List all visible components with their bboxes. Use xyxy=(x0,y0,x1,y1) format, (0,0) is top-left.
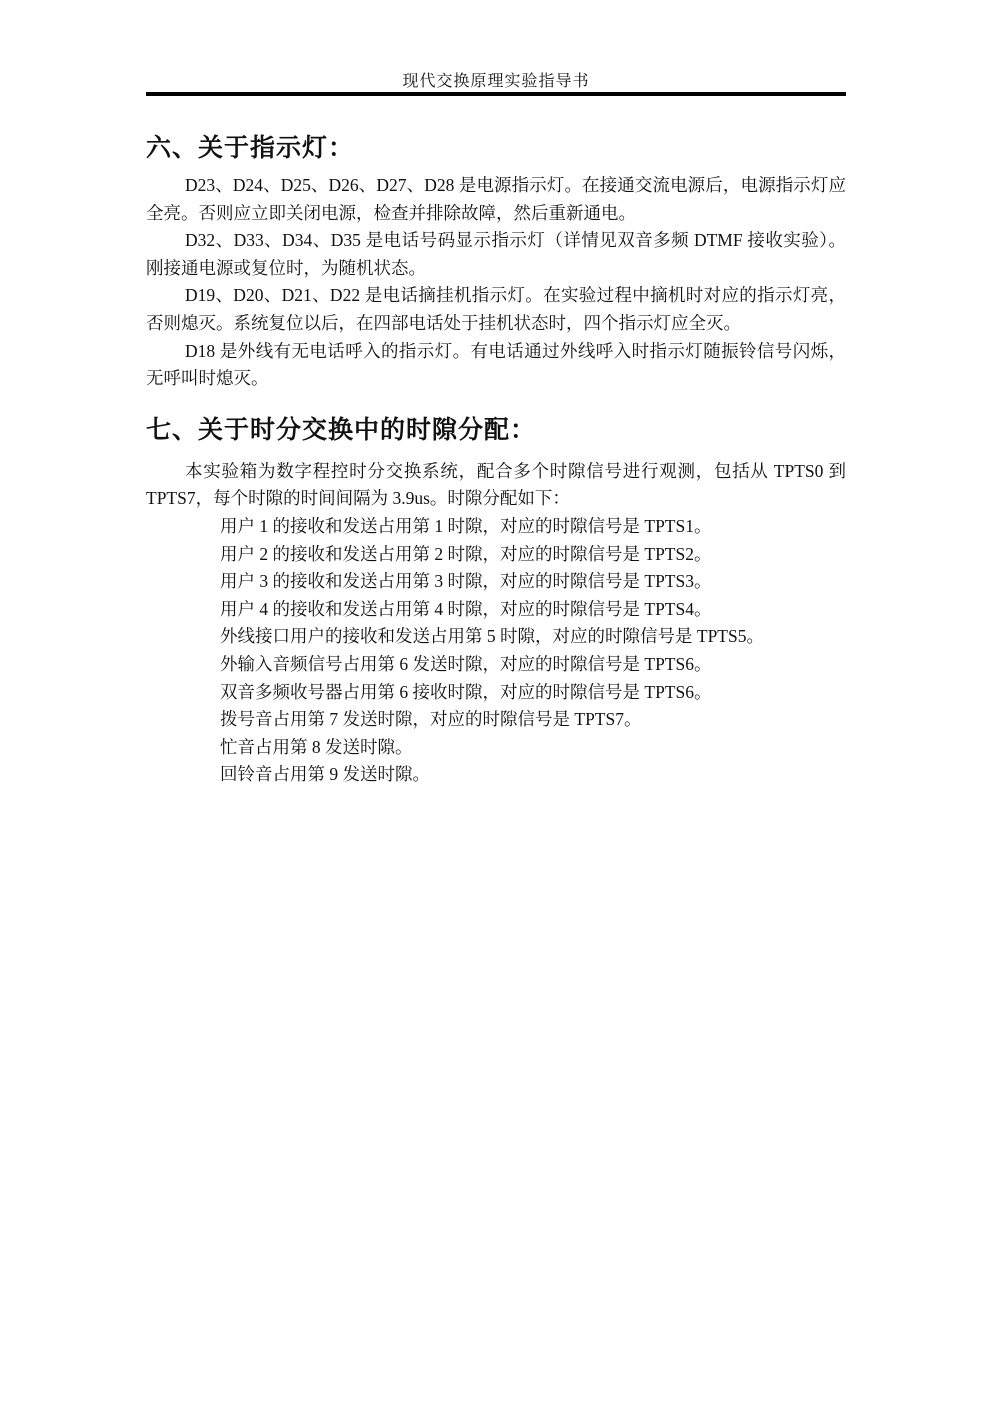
paragraph: D23、D24、D25、D26、D27、D28 是电源指示灯。在接通交流电源后，… xyxy=(146,172,846,227)
section-heading: 六、关于指示灯： xyxy=(146,133,846,163)
page-content: 现代交换原理实验指导书 六、关于指示灯： D23、D24、D25、D26、D27… xyxy=(146,0,846,789)
list-item: 回铃音占用第 9 发送时隙。 xyxy=(220,761,846,789)
page-header: 现代交换原理实验指导书 xyxy=(146,0,846,96)
paragraph: 本实验箱为数字程控时分交换系统，配合多个时隙信号进行观测，包括从 TPTS0 到… xyxy=(146,458,846,513)
section-heading: 七、关于时分交换中的时隙分配： xyxy=(146,415,846,445)
list-item: 用户 2 的接收和发送占用第 2 时隙，对应的时隙信号是 TPTS2。 xyxy=(220,541,846,569)
list-item: 外线接口用户的接收和发送占用第 5 时隙，对应的时隙信号是 TPTS5。 xyxy=(220,623,846,651)
paragraph: D18 是外线有无电话呼入的指示灯。有电话通过外线呼入时指示灯随振铃信号闪烁，无… xyxy=(146,338,846,393)
document-page: 现代交换原理实验指导书 六、关于指示灯： D23、D24、D25、D26、D27… xyxy=(0,0,992,1403)
timeslot-list: 用户 1 的接收和发送占用第 1 时隙，对应的时隙信号是 TPTS1。 用户 2… xyxy=(146,513,846,789)
list-item: 用户 4 的接收和发送占用第 4 时隙，对应的时隙信号是 TPTS4。 xyxy=(220,596,846,624)
header-title: 现代交换原理实验指导书 xyxy=(402,73,589,90)
list-item: 用户 3 的接收和发送占用第 3 时隙，对应的时隙信号是 TPTS3。 xyxy=(220,568,846,596)
list-item: 忙音占用第 8 发送时隙。 xyxy=(220,734,846,762)
paragraph: D19、D20、D21、D22 是电话摘挂机指示灯。在实验过程中摘机时对应的指示… xyxy=(146,282,846,337)
list-item: 外输入音频信号占用第 6 发送时隙，对应的时隙信号是 TPTS6。 xyxy=(220,651,846,679)
section-timeslot-allocation: 七、关于时分交换中的时隙分配： 本实验箱为数字程控时分交换系统，配合多个时隙信号… xyxy=(146,415,846,789)
section-indicator-lights: 六、关于指示灯： D23、D24、D25、D26、D27、D28 是电源指示灯。… xyxy=(146,133,846,393)
list-item: 双音多频收号器占用第 6 接收时隙，对应的时隙信号是 TPTS6。 xyxy=(220,679,846,707)
list-item: 用户 1 的接收和发送占用第 1 时隙，对应的时隙信号是 TPTS1。 xyxy=(220,513,846,541)
paragraph: D32、D33、D34、D35 是电话号码显示指示灯（详情见双音多频 DTMF … xyxy=(146,227,846,282)
list-item: 拨号音占用第 7 发送时隙，对应的时隙信号是 TPTS7。 xyxy=(220,706,846,734)
